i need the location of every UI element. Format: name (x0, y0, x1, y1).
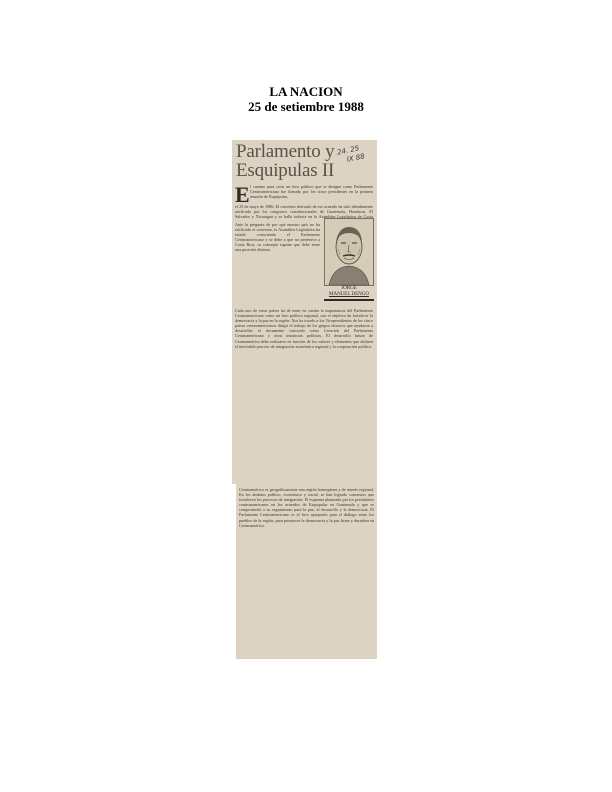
article-lead-paragraph: l camino para crear un foro político que… (250, 184, 373, 204)
caption-last-name: MANUEL DENGO (324, 292, 374, 298)
author-portrait-illustration (324, 218, 374, 286)
handwritten-date-note: 24. 25 IX 88 (336, 143, 365, 166)
caption-rule (324, 299, 374, 301)
newspaper-name: LA NACION (0, 84, 612, 99)
newspaper-clipping-top: Parlamento y Esquipulas II 24. 25 IX 88 … (232, 140, 377, 484)
newspaper-clipping-bottom: Centroamérica es geográficamente una reg… (236, 484, 377, 659)
publication-date: 25 de setiembre 1988 (0, 99, 612, 114)
article-body-continued: Centroamérica es geográficamente una reg… (239, 487, 374, 657)
portrait-caption: JORGE MANUEL DENGO (324, 286, 374, 301)
headline-line-1: Parlamento y (236, 142, 334, 161)
article-left-column: Ante la pregunta de por qué nuestro país… (235, 222, 320, 308)
drop-cap: E (235, 184, 250, 206)
portrait-sketch-icon (325, 219, 373, 285)
article-body-wide: Cada uno de estos países ha de tener en … (235, 308, 373, 482)
article-headline: Parlamento y Esquipulas II (236, 142, 334, 180)
headline-line-2: Esquipulas II (236, 161, 334, 180)
document-header: LA NACION 25 de setiembre 1988 (0, 84, 612, 114)
